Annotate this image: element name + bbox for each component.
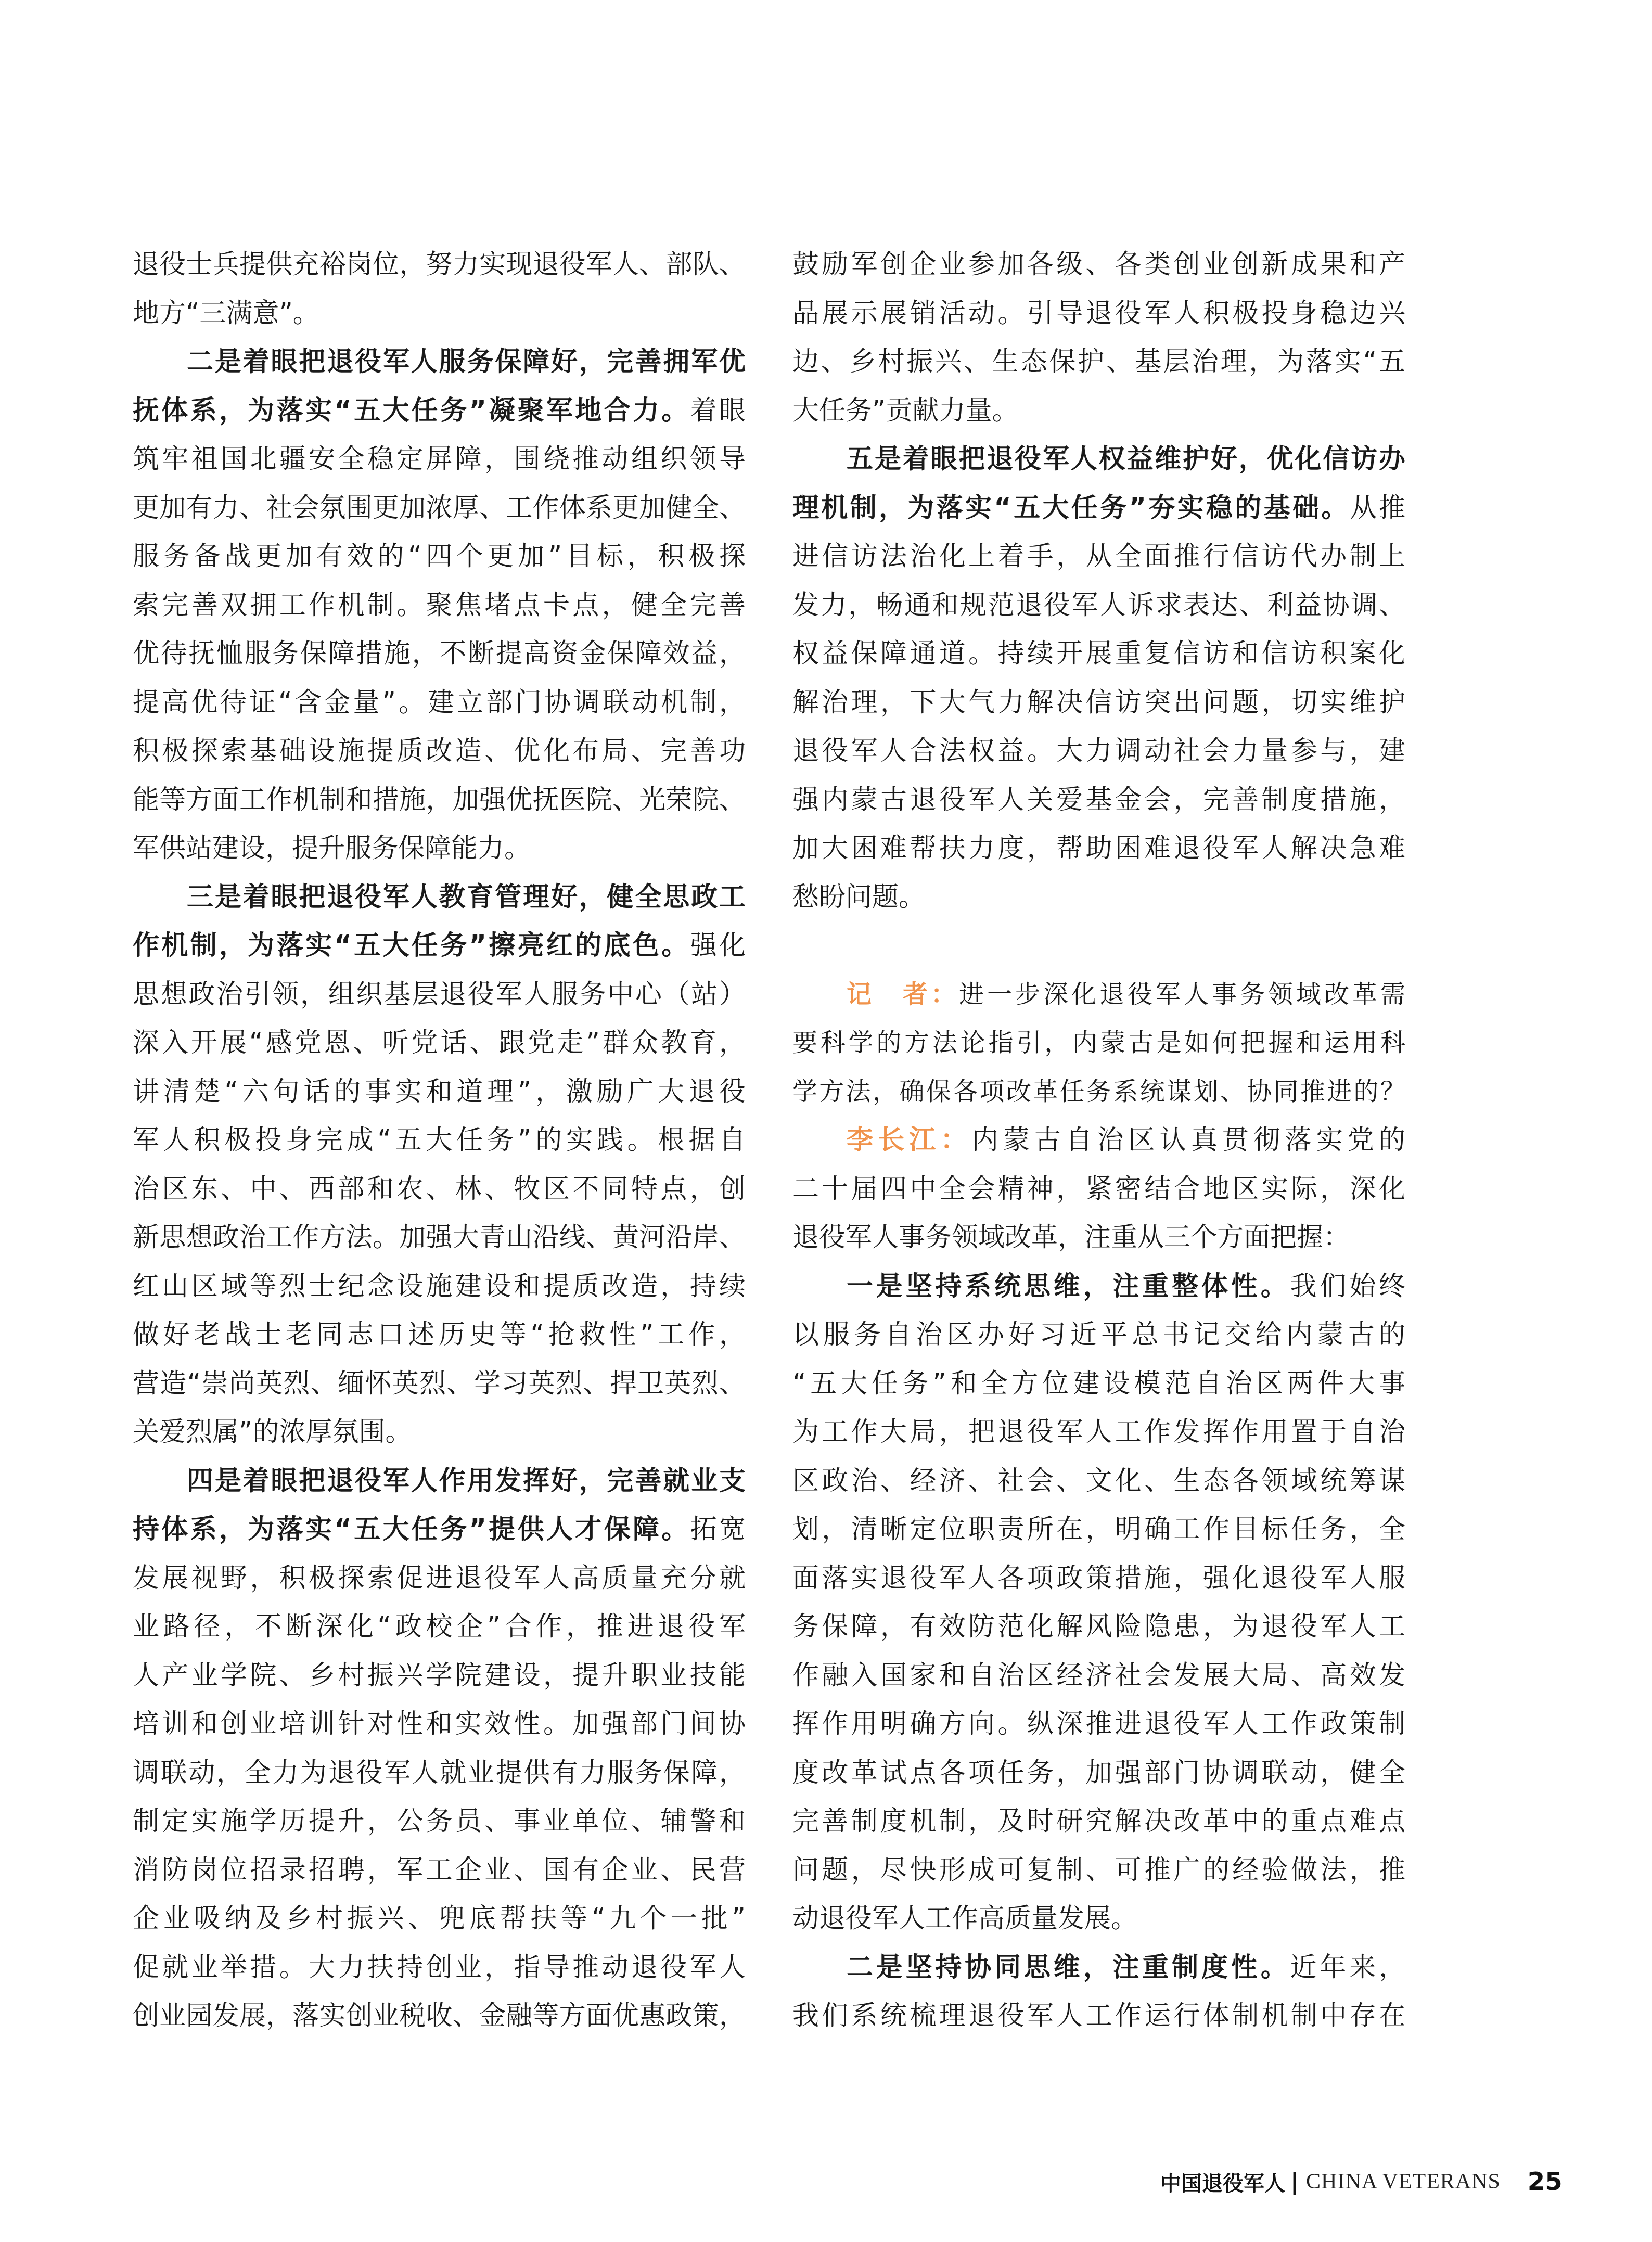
body-line: 讲清楚“六句话的事实和道理”，激励广大退役 bbox=[133, 1068, 746, 1117]
body-line: 动退役军人工作高质量发展。 bbox=[792, 1894, 1405, 1943]
body-line: 务保障，有效防范化解风险隐患，为退役军人工 bbox=[792, 1603, 1405, 1651]
section-heading-2: 二是着眼把退役军人服务保障好，完善拥军优 bbox=[133, 338, 746, 387]
body-line: 业路径，不断深化“政校企”合作，推进退役军 bbox=[133, 1603, 746, 1651]
speaker-label-reporter: 记 者： bbox=[847, 980, 959, 1009]
body-line: 做好老战士老同志口述历史等“抢救性”工作， bbox=[133, 1311, 746, 1360]
reporter-question-cont: 要科学的方法论指引，内蒙古是如何把握和运用科 bbox=[792, 1019, 1405, 1068]
body-line: 关爱烈属”的浓厚氛围。 bbox=[133, 1408, 746, 1457]
section-heading-4-cont: 持体系，为落实“五大任务”提供人才保障。拓宽 bbox=[133, 1505, 746, 1554]
body-line: 更加有力、社会氛围更加浓厚、工作体系更加健全、 bbox=[133, 484, 746, 533]
body-line: 边、乡村振兴、生态保护、基层治理，为落实“五 bbox=[792, 338, 1405, 387]
section-heading-2-cont: 抚体系，为落实“五大任务”凝聚军地合力。着眼 bbox=[133, 387, 746, 435]
body-line: 鼓励军创企业参加各级、各类创业创新成果和产 bbox=[792, 240, 1405, 289]
magazine-name-en: CHINA VETERANS bbox=[1306, 2169, 1501, 2194]
body-line: 深入开展“感党恩、听党话、跟党走”群众教育， bbox=[133, 1019, 746, 1068]
body-line: 企业吸纳及乡村振兴、兜底帮扶等“九个一批” bbox=[133, 1894, 746, 1943]
body-line: 营造“崇尚英烈、缅怀英烈、学习英烈、捍卫英烈、 bbox=[133, 1360, 746, 1408]
point-heading-2: 二是坚持协同思维，注重制度性。近年来， bbox=[792, 1943, 1405, 1992]
body-line: 人产业学院、乡村振兴学院建设，提升职业技能 bbox=[133, 1651, 746, 1700]
section-heading-4: 四是着眼把退役军人作用发挥好，完善就业支 bbox=[133, 1457, 746, 1506]
body-line: 军人积极投身完成“五大任务”的实践。根据自 bbox=[133, 1116, 746, 1165]
body-line: 制定实施学历提升，公务员、事业单位、辅警和 bbox=[133, 1797, 746, 1846]
body-line: “五大任务”和全方位建设模范自治区两件大事 bbox=[792, 1360, 1405, 1408]
body-line: 划，清晰定位职责所在，明确工作目标任务，全 bbox=[792, 1505, 1405, 1554]
body-line: 提高优待证“含金量”。建立部门协调联动机制， bbox=[133, 678, 746, 727]
body-line: 治区东、中、西部和农、林、牧区不同特点，创 bbox=[133, 1165, 746, 1214]
body-line: 愁盼问题。 bbox=[792, 873, 1405, 922]
body-line: 以服务自治区办好习近平总书记交给内蒙古的 bbox=[792, 1311, 1405, 1360]
body-line: 思想政治引领，组织基层退役军人服务中心（站） bbox=[133, 970, 746, 1019]
speaker-label-interviewee: 李长江： bbox=[847, 1124, 972, 1156]
body-line: 作融入国家和自治区经济社会发展大局、高效发 bbox=[792, 1651, 1405, 1700]
body-line: 培训和创业培训针对性和实效性。加强部门间协 bbox=[133, 1700, 746, 1749]
section-heading-3: 三是着眼把退役军人教育管理好，健全思政工 bbox=[133, 873, 746, 922]
body-line: 面落实退役军人各项政策措施，强化退役军人服 bbox=[792, 1554, 1405, 1603]
section-heading-5: 五是着眼把退役军人权益维护好，优化信访办 bbox=[792, 435, 1405, 484]
body-line: 地方“三满意”。 bbox=[133, 289, 746, 338]
body-line: 完善制度机制，及时研究解决改革中的重点难点 bbox=[792, 1797, 1405, 1846]
body-line: 发展视野，积极探索促进退役军人高质量充分就 bbox=[133, 1554, 746, 1603]
body-line: 索完善双拥工作机制。聚焦堵点卡点，健全完善 bbox=[133, 581, 746, 630]
body-line: 品展示展销活动。引导退役军人积极投身稳边兴 bbox=[792, 289, 1405, 338]
body-line: 退役军人事务领域改革，注重从三个方面把握： bbox=[792, 1213, 1405, 1262]
body-line: 红山区域等烈士纪念设施建设和提质改造，持续 bbox=[133, 1262, 746, 1311]
body-line: 发力，畅通和规范退役军人诉求表达、利益协调、 bbox=[792, 581, 1405, 630]
body-line: 筑牢祖国北疆安全稳定屏障，围绕推动组织领导 bbox=[133, 435, 746, 484]
reporter-question: 记 者：进一步深化退役军人事务领域改革需 bbox=[792, 970, 1405, 1019]
body-line: 创业园发展，落实创业税收、金融等方面优惠政策， bbox=[133, 1992, 746, 2041]
body-line: 退役军人合法权益。大力调动社会力量参与，建 bbox=[792, 727, 1405, 776]
body-line: 挥作用明确方向。纵深推进退役军人工作政策制 bbox=[792, 1700, 1405, 1749]
body-line: 强内蒙古退役军人关爱基金会，完善制度措施， bbox=[792, 776, 1405, 825]
body-line: 能等方面工作机制和措施，加强优抚医院、光荣院、 bbox=[133, 776, 746, 825]
interviewee-answer: 李长江：内蒙古自治区认真贯彻落实党的 bbox=[792, 1116, 1405, 1165]
point-heading-1: 一是坚持系统思维，注重整体性。我们始终 bbox=[792, 1262, 1405, 1311]
body-line: 新思想政治工作方法。加强大青山沿线、黄河沿岸、 bbox=[133, 1213, 746, 1262]
left-column: 退役士兵提供充裕岗位，努力实现退役军人、部队、 地方“三满意”。 二是着眼把退役… bbox=[133, 240, 746, 2041]
reporter-question-cont: 学方法，确保各项改革任务系统谋划、协同推进的？ bbox=[792, 1068, 1405, 1117]
body-line: 促就业举措。大力扶持创业，指导推动退役军人 bbox=[133, 1943, 746, 1992]
body-line: 服务备战更加有效的“四个更加”目标，积极探 bbox=[133, 532, 746, 581]
body-line: 优待抚恤服务保障措施，不断提高资金保障效益， bbox=[133, 630, 746, 678]
spacer bbox=[792, 921, 1405, 970]
body-line: 度改革试点各项任务，加强部门协调联动，健全 bbox=[792, 1749, 1405, 1798]
footer-separator: | bbox=[1290, 2169, 1299, 2195]
page-number: 25 bbox=[1528, 2167, 1563, 2196]
body-line: 解治理，下大气力解决信访突出问题，切实维护 bbox=[792, 678, 1405, 727]
body-line: 区政治、经济、社会、文化、生态各领域统筹谋 bbox=[792, 1457, 1405, 1506]
body-line: 退役士兵提供充裕岗位，努力实现退役军人、部队、 bbox=[133, 240, 746, 289]
body-line: 军供站建设，提升服务保障能力。 bbox=[133, 824, 746, 873]
body-line: 进信访法治化上着手，从全面推行信访代办制上 bbox=[792, 532, 1405, 581]
body-line: 为工作大局，把退役军人工作发挥作用置于自治 bbox=[792, 1408, 1405, 1457]
body-line: 消防岗位招录招聘，军工企业、国有企业、民营 bbox=[133, 1846, 746, 1895]
body-line: 二十届四中全会精神，紧密结合地区实际，深化 bbox=[792, 1165, 1405, 1214]
section-heading-3-cont: 作机制，为落实“五大任务”擦亮红的底色。强化 bbox=[133, 921, 746, 970]
body-line: 我们系统梳理退役军人工作运行体制机制中存在 bbox=[792, 1992, 1405, 2041]
body-line: 加大困难帮扶力度，帮助困难退役军人解决急难 bbox=[792, 824, 1405, 873]
page-footer: 中国退役军人 | CHINA VETERANS 25 bbox=[1160, 2163, 1563, 2200]
body-line: 大任务”贡献力量。 bbox=[792, 387, 1405, 435]
magazine-name-cn: 中国退役军人 bbox=[1160, 2167, 1285, 2197]
body-line: 问题，尽快形成可复制、可推广的经验做法，推 bbox=[792, 1846, 1405, 1895]
section-heading-5-cont: 理机制，为落实“五大任务”夯实稳的基础。从推 bbox=[792, 484, 1405, 533]
body-line: 积极探索基础设施提质改造、优化布局、完善功 bbox=[133, 727, 746, 776]
body-line: 权益保障通道。持续开展重复信访和信访积案化 bbox=[792, 630, 1405, 678]
right-column: 鼓励军创企业参加各级、各类创业创新成果和产 品展示展销活动。引导退役军人积极投身… bbox=[792, 240, 1405, 2041]
body-line: 调联动，全力为退役军人就业提供有力服务保障， bbox=[133, 1749, 746, 1798]
